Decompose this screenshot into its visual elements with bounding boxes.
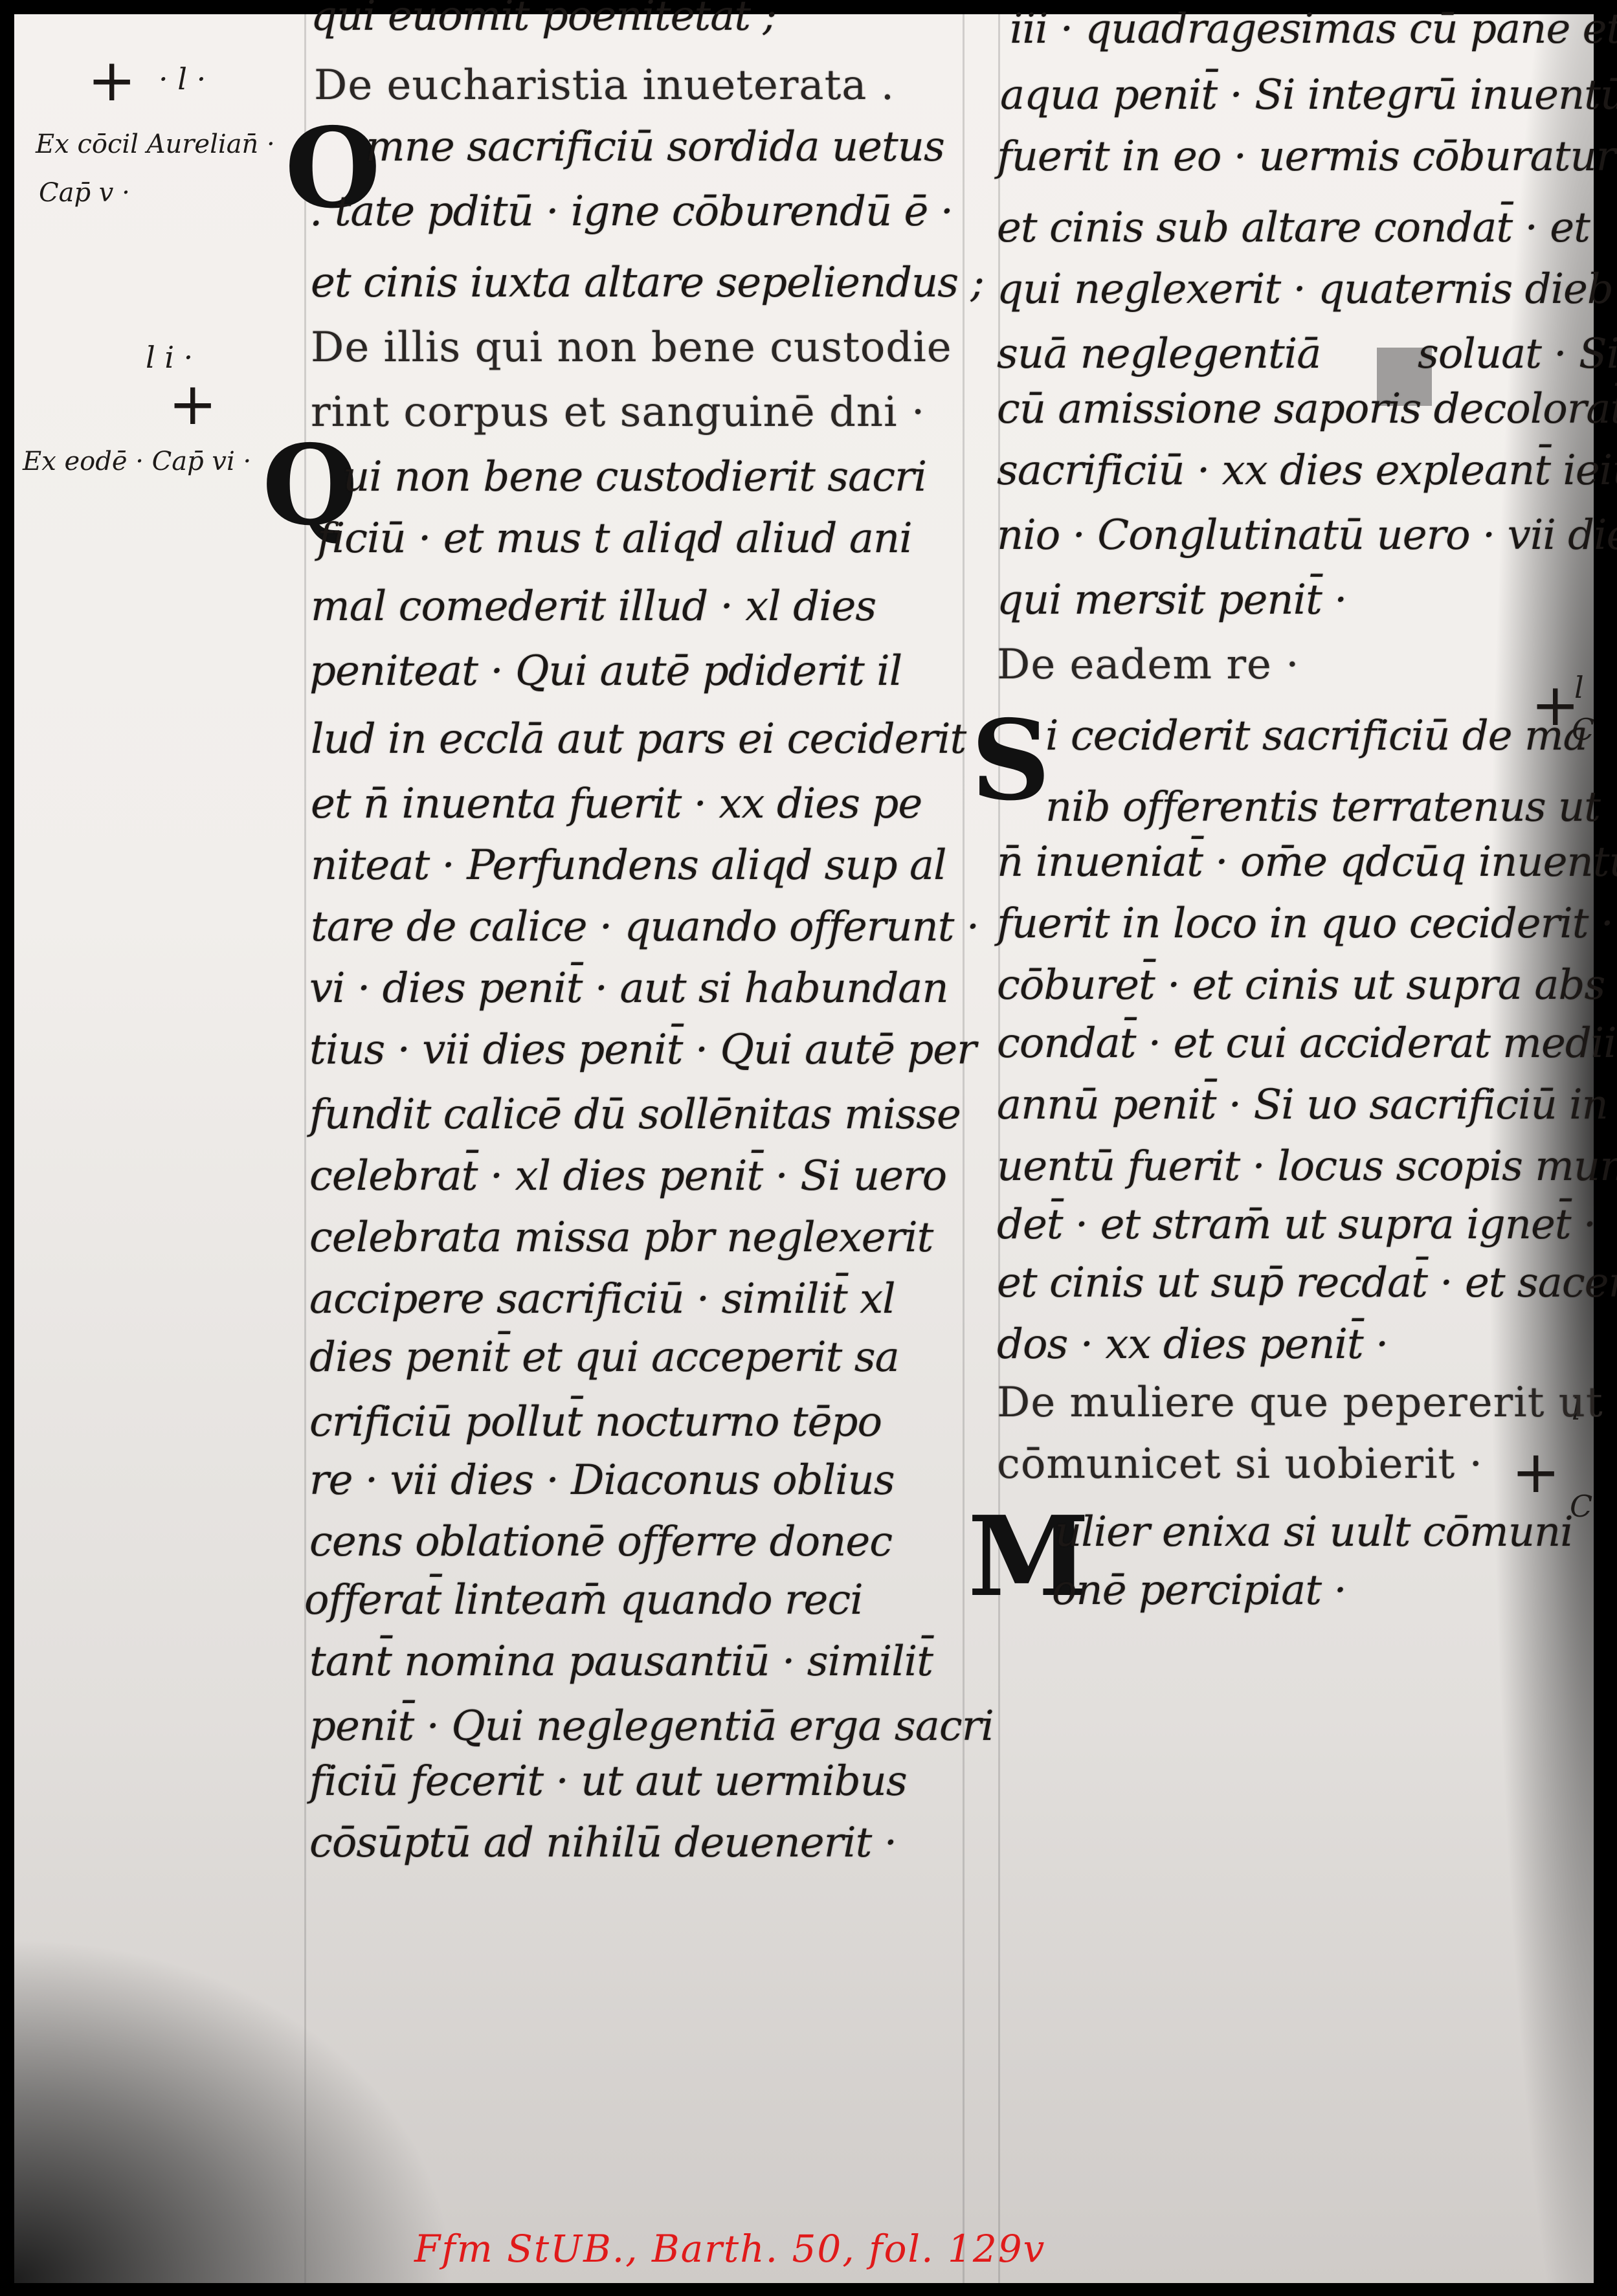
- text-line: suā neglegentiā: [997, 330, 1321, 378]
- ruling-line: [304, 14, 306, 2283]
- text-line: cōsūptū ad nihilū deuenerit ·: [309, 1819, 897, 1867]
- text-line: ficiū · et mus t aliqd aliud ani: [317, 515, 912, 563]
- text-line: et cinis iuxta altare sepeliendus ;: [311, 259, 984, 307]
- text-line: annū penit̄ · Si uo sacrificiū in: [997, 1081, 1608, 1129]
- text-line: lud in ecclā aut pars ei ceciderit: [311, 715, 966, 763]
- text-line: fuerit in loco in quo ceciderit ·: [997, 900, 1613, 948]
- text-line: det̄ · et stram̄ ut supra ignet̄ ·: [997, 1201, 1596, 1249]
- cross-mark-icon: +: [1511, 1443, 1560, 1502]
- text-line: penit̄ · Qui neglegentiā erga sacri: [309, 1702, 994, 1750]
- ruling-line: [963, 14, 965, 2283]
- text-line: re · vii dies · Diaconus oblius: [309, 1456, 895, 1504]
- text-line: dos · xx dies penit̄ ·: [997, 1321, 1388, 1368]
- text-line: crificiū pollut̄ nocturno tēpo: [309, 1398, 882, 1446]
- initial-letter: S: [971, 706, 1051, 816]
- text-line: iii · quadragesimas cū pane et: [1010, 5, 1617, 53]
- rubric-heading: De eucharistia inueterata .: [314, 61, 895, 109]
- text-line: et cinis ut sup̄ recdat̄ · et sacer: [997, 1259, 1617, 1307]
- text-line: cōburet̄ · et cinis ut supra abs: [997, 961, 1605, 1009]
- text-line: ui non bene custodierit sacri: [343, 453, 926, 501]
- text-line: uentū fuerit · locus scopis mun: [997, 1142, 1617, 1190]
- text-line: mal comederit illud · xl dies: [311, 583, 876, 630]
- rubric-heading: rint corpus et sanguinē dni ·: [311, 388, 925, 436]
- margin-number: · l ·: [159, 61, 206, 96]
- text-line: n̄ inueniat̄ · om̄e qdcūq inuentū: [997, 838, 1617, 886]
- text-line: et n̄ inuenta fuerit · xx dies pe: [311, 780, 922, 828]
- margin-number: l i ·: [146, 340, 193, 375]
- text-line: condat̄ · et cui acciderat medii: [997, 1020, 1616, 1067]
- text-line: qui neglexerit · quaternis dieb: [997, 265, 1613, 313]
- text-line: cū amissione saporis decolorat̄: [997, 385, 1617, 433]
- rubric-heading: cōmunicet si uobierit ·: [997, 1440, 1483, 1488]
- rubric-heading: De eadem re ·: [997, 641, 1300, 689]
- text-line: peniteat · Qui autē pdiderit il: [309, 647, 902, 695]
- margin-chapter-note: C: [1570, 1489, 1592, 1524]
- text-line: nib offerentis terratenus ut: [1045, 783, 1600, 831]
- text-line: ulier enixa si uult cōmuni: [1055, 1508, 1573, 1556]
- text-line: celebrat̄ · xl dies penit̄ · Si uero: [309, 1152, 946, 1200]
- margin-chapter-note: Cap̄ v ·: [39, 178, 130, 208]
- text-line: qui euomit poenitetat ;: [311, 0, 776, 40]
- rubric-heading: De muliere que pepererit ut: [997, 1379, 1603, 1427]
- text-line: i ceciderit sacrificiū de ma: [1045, 712, 1587, 760]
- text-line: soluat · Si: [1418, 330, 1617, 378]
- cross-mark-icon: +: [87, 52, 136, 110]
- rubric-heading: De illis qui non bene custodie: [311, 324, 952, 372]
- margin-number: l: [1574, 670, 1584, 705]
- text-line: fundit calicē dū sollēnitas misse: [309, 1091, 961, 1139]
- text-line: offerat̄ linteam̄ quando reci: [304, 1576, 863, 1624]
- text-line: ficiū fecerit · ut aut uermibus: [309, 1757, 907, 1805]
- text-line: tare de calice · quando offerunt ·: [311, 903, 979, 951]
- text-line: aqua penit̄ · Si integrū inuentū: [1000, 71, 1617, 119]
- text-line: vi · dies penit̄ · aut si habundan: [309, 964, 948, 1012]
- cross-mark-icon: +: [168, 375, 217, 434]
- text-line: dies penit̄ et qui acceperit sa: [309, 1333, 899, 1381]
- text-line: qui mersit penit̄ ·: [997, 576, 1346, 624]
- text-line: tius · vii dies penit̄ · Qui autē per: [309, 1026, 976, 1074]
- text-line: et cinis sub altare condat̄ · et: [997, 204, 1590, 252]
- text-line: mne sacrificiū sordida uetus: [366, 123, 944, 171]
- text-line: sacrificiū · xx dies expleant̄ ieiu: [997, 447, 1617, 495]
- text-line: celebrata missa pbr neglexerit: [309, 1214, 933, 1262]
- text-line: niteat · Perfundens aliqd sup al: [311, 841, 946, 889]
- text-line: . tate pditū · igne cōburendū ē ·: [309, 188, 953, 236]
- margin-source-note: Ex eodē · Cap̄ vi ·: [23, 447, 251, 476]
- text-line: cens oblationē offerre donec: [309, 1518, 892, 1566]
- margin-source-note: Ex cōcil Aurelian̄ ·: [36, 129, 275, 159]
- text-line: nio · Conglutinatū uero · vii dies: [997, 511, 1617, 559]
- text-line: onē percipiat ·: [1052, 1566, 1346, 1614]
- text-line: fuerit in eo · uermis cōburatur ·: [997, 133, 1617, 181]
- text-line: tant̄ nomina pausantiū · similit̄: [309, 1638, 933, 1686]
- text-line: accipere sacrificiū · similit̄ xl: [309, 1275, 895, 1323]
- shelfmark-annotation: Ffm StUB., Barth. 50, fol. 129v: [414, 2227, 1045, 2271]
